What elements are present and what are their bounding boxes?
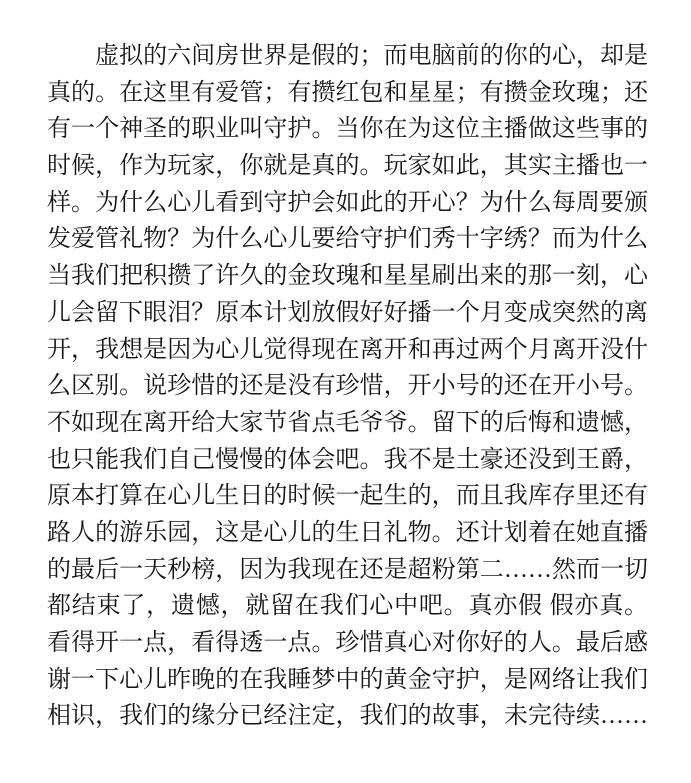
text-line: 相识，我们的缘分已经注定，我们的故事，未完待续…… — [47, 698, 648, 735]
text-line: 儿会留下眼泪？原本计划放假好好播一个月变成突然的离 — [47, 295, 648, 332]
text-line: 真的。在这里有爱管；有攒红包和星星；有攒金玫瑰；还 — [47, 75, 648, 112]
text-line: 发爱管礼物？为什么心儿要给守护们秀十字绣？而为什么 — [47, 221, 648, 258]
document-page: 虚拟的六间房世界是假的；而电脑前的你的心，却是真的。在这里有爱管；有攒红包和星星… — [0, 0, 691, 783]
text-line: 虚拟的六间房世界是假的；而电脑前的你的心，却是 — [47, 38, 648, 75]
text-line: 么区别。说珍惜的还是没有珍惜，开小号的还在开小号。 — [47, 368, 648, 405]
text-line: 当我们把积攒了许久的金玫瑰和星星刷出来的那一刻，心 — [47, 258, 648, 295]
essay-paragraph: 虚拟的六间房世界是假的；而电脑前的你的心，却是真的。在这里有爱管；有攒红包和星星… — [47, 38, 648, 735]
text-line: 谢一下心儿昨晚的在我睡梦中的黄金守护，是网络让我们 — [47, 662, 648, 699]
text-line: 也只能我们自己慢慢的体会吧。我不是土豪还没到王爵， — [47, 442, 648, 479]
text-line: 不如现在离开给大家节省点毛爷爷。留下的后悔和遗憾， — [47, 405, 648, 442]
text-line: 样。为什么心儿看到守护会如此的开心？为什么每周要颁 — [47, 185, 648, 222]
text-line: 的最后一天秒榜，因为我现在还是超粉第二……然而一切 — [47, 552, 648, 589]
text-line: 原本打算在心儿生日的时候一起生的，而且我库存里还有 — [47, 478, 648, 515]
text-line: 路人的游乐园，这是心儿的生日礼物。还计划着在她直播 — [47, 515, 648, 552]
text-line: 开，我想是因为心儿觉得现在离开和再过两个月离开没什 — [47, 332, 648, 369]
text-line: 时候，作为玩家，你就是真的。玩家如此，其实主播也一 — [47, 148, 648, 185]
text-line: 看得开一点，看得透一点。珍惜真心对你好的人。最后感 — [47, 625, 648, 662]
text-line: 有一个神圣的职业叫守护。当你在为这位主播做这些事的 — [47, 111, 648, 148]
text-line: 都结束了，遗憾，就留在我们心中吧。真亦假 假亦真。 — [47, 588, 648, 625]
